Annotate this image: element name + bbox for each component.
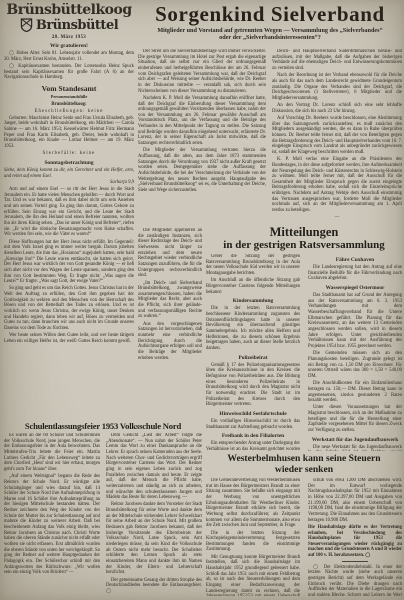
paragraph: Wer heute seinen Willen dem Guten leiht,…: [4, 333, 134, 344]
sub-heading: Hinweisschild Seefahrtschule: [206, 411, 300, 418]
sub-heading: Wasserspiegel Ostermoor: [308, 285, 402, 292]
ratsversammlung-heading-line2: in der gestrigen Ratsversammlung: [206, 239, 402, 251]
paragraph: Der gemeinsame Gesang der dritten Stroph…: [106, 578, 202, 595]
sielverband-column-1: Der Streit um die Sielverbandsbeiträge w…: [138, 49, 266, 223]
sub-heading: Vom Standesamt: [4, 85, 134, 94]
paragraph: Unter diesen Voraussetzungen hat der Mag…: [308, 405, 402, 433]
ratsversammlung-column-2: Fähre CuxhavenDie Landesregierung hat de…: [308, 254, 402, 451]
westerbelmhusen-heading-line1: Westerbelmhusen kann seine Steuern: [206, 454, 402, 465]
main-headline: Sorgenkind Sielverband: [138, 3, 402, 25]
paragraph: Das Stadtbauamt hat auf Grund der Anregu…: [308, 293, 402, 350]
schulentlassung-section: Schulentlassungsfeier 1953 Volksschule N…: [4, 421, 202, 597]
paragraph: Die Gemeindevertretung von Westerbelmhus…: [206, 478, 300, 529]
paragraph: Personenstandsfälle: [4, 94, 134, 100]
paragraph: Siehe, dein König kommt zu dir, ein Gere…: [4, 168, 134, 179]
paragraph: Die neue Werkstatt für das Jugendaufbauw…: [308, 445, 402, 451]
masthead-title-line1: Brünsbüttelkoog: [4, 3, 134, 17]
sub-heading: Freibank in den Filialorten: [206, 433, 300, 440]
paragraph: Nachdem K. P. Moll die Versammlung darau…: [138, 96, 266, 147]
paragraph: Im Anschluß an die öffentliche Sitzung g…: [206, 278, 300, 295]
paragraph: Mit Genugtuung konnte Bürgermeister Bran…: [206, 555, 300, 596]
paragraph: Eheschließungen: keine: [4, 109, 134, 115]
schulentlassung-column-1: Es waren an die 60 Schüler und Schülerin…: [4, 433, 100, 596]
paragraph: Die Anschlußkosten für ein Einfamilienha…: [308, 381, 402, 404]
paragraph: Der Streit um die Sielverbandsbeiträge w…: [138, 49, 266, 94]
left-column: Wir gratulieren!◯ Hohes Alter. Sein 81. …: [4, 40, 134, 418]
paragraph: Ueber die Sitzung der gestrigen Ratsvers…: [206, 254, 300, 277]
paragraph: Geburten: Maschinist Heinz Seide und Fra…: [4, 116, 134, 150]
paragraph: Nach der Beordnung ist der Verband ebens…: [272, 73, 402, 101]
main-subtitle-line2: oder der „Sielverbandsinteressenten“?: [138, 34, 402, 41]
sub-heading: Wir gratulieren!: [4, 43, 134, 50]
paragraph: ◯ Der Elektrodendiebstahl. In einer der …: [308, 565, 402, 596]
sub-heading: Werkstatt für das Jugendaufbauwerk: [308, 437, 402, 444]
paragraph: „Im Deich- und Sielverband Brunsbüttelko…: [138, 281, 202, 321]
paragraph: K. P. Moll verlas eine Eingabe an die Pr…: [272, 157, 402, 214]
masthead-row2: Brünsbüttel: [4, 18, 134, 32]
paragraph: Die Haushaltslage dürfte es der Vertretu…: [308, 525, 402, 559]
paragraph: Deich- und Hauptsielverband Süderdithmar…: [272, 49, 402, 72]
paragraph: Rektor Jacobsen dankte dem Vorsteher der…: [106, 502, 202, 576]
westerbelmhusen-section: Westerbelmhusen kann seine Steuern wiede…: [206, 454, 402, 597]
main-headline-block: Sorgenkind Sielverband Mitglieder und Vo…: [138, 3, 402, 41]
main-subtitle-line1: Mitglieder und Vorstand auf getrennten W…: [138, 27, 402, 34]
paragraph: Es waren an die 60 Schüler und Schülerin…: [4, 433, 100, 473]
paragraph: ◯ Kapitänsexamen bestanden. Der Lotsenso…: [4, 64, 134, 81]
shield-crest-icon: [20, 18, 33, 32]
paragraph: Die in der letzten Sitzung der Kirchspie…: [206, 531, 300, 554]
paragraph: „Auf einem Weltsignal“ begann die Rede d…: [4, 474, 100, 576]
ratsversammlung-heading-line1: Mitteilungen: [206, 226, 402, 239]
schulentlassung-column-2: Dem Gedicht „Lied der Arbeit“ folgte die…: [106, 433, 202, 596]
paragraph: Aus den vorgeschlagenen Satzungen ist he…: [138, 322, 202, 362]
paragraph: schuß von etwa 1200 DM abschließen wird.…: [308, 478, 402, 523]
paragraph: Die Mitglieder appellieren an die zustän…: [138, 228, 202, 279]
schulentlassung-heading: Schulentlassungsfeier 1953 Volksschule N…: [4, 421, 202, 431]
sub-heading: Fähre Cuxhaven: [308, 257, 402, 264]
paragraph: Die Gemeinden müssen sich an den Planung…: [308, 351, 402, 379]
paragraph: Brunsbüttelkoog:: [4, 102, 134, 108]
westerbelmhusen-column-2: schuß von etwa 1200 DM abschließen wird.…: [308, 478, 402, 596]
paragraph: Gemäß § 17 des Polizeiorganisationsgeset…: [206, 363, 300, 408]
paragraph: Ein vorläufiges Hinweisschild ist durch …: [206, 419, 300, 430]
paragraph: ◯ Hohes Alter. Sein 81. Lebensjahr volle…: [4, 51, 134, 62]
paragraph: —: [272, 215, 402, 221]
paragraph: So ging und geht es um das Reich Gottes.…: [4, 286, 134, 331]
paragraph: Die in der letzten Ratsversammlung besch…: [206, 306, 300, 351]
sielverband-continuation-column: Die Mitglieder appellieren an die zustän…: [138, 228, 202, 418]
paragraph: Dem Gedicht „Lied der Arbeit“ folgte die…: [106, 433, 202, 501]
sub-heading: Kindersammlung: [206, 298, 300, 305]
divider-rule: [342, 561, 368, 562]
paragraph: Diese Hoffnungen hat der Herr Jesus nich…: [4, 240, 134, 285]
paragraph: Die Mitglieder der Versammlung vertraten…: [138, 148, 266, 193]
paragraph: Sacharja 9,9: [4, 180, 134, 186]
sielverband-column-2: Deich- und Hauptsielverband Süderdithmar…: [272, 49, 402, 223]
masthead: Brünsbüttelkoog Brünsbüttel 28. März 195…: [4, 3, 134, 40]
newspaper-page: Brünsbüttelkoog Brünsbüttel 28. März 195…: [0, 0, 404, 600]
paragraph: An den Vortrag Dr. Lorenz schloß sich ei…: [272, 103, 402, 114]
westerbelmhusen-column-1: Die Gemeindevertretung von Westerbelmhus…: [206, 478, 300, 596]
sub-heading: Sonntagsbetrachtung: [4, 160, 134, 167]
paragraph: Ein entsprechender Antrag unter Darlegun…: [206, 441, 300, 451]
westerbelmhusen-heading-line2: wieder senken: [206, 465, 402, 476]
paragraph: Auf Vorschlag Dr. Reehers wurde beschlos…: [272, 116, 402, 156]
sub-heading: Polizeibeirat: [206, 355, 300, 362]
paragraph: Arm und auf einem Esel — so ritt der Her…: [4, 187, 134, 238]
paragraph: Sterbefälle: keine: [4, 151, 134, 157]
masthead-title-line2: Brünsbüttel: [36, 19, 118, 32]
paragraph: Die Landesregierung hat den Antrag auf e…: [308, 265, 402, 282]
ratsversammlung-section: Mitteilungen in der gestrigen Ratsversam…: [206, 226, 402, 452]
ratsversammlung-column-1: Ueber die Sitzung der gestrigen Ratsvers…: [206, 254, 300, 451]
